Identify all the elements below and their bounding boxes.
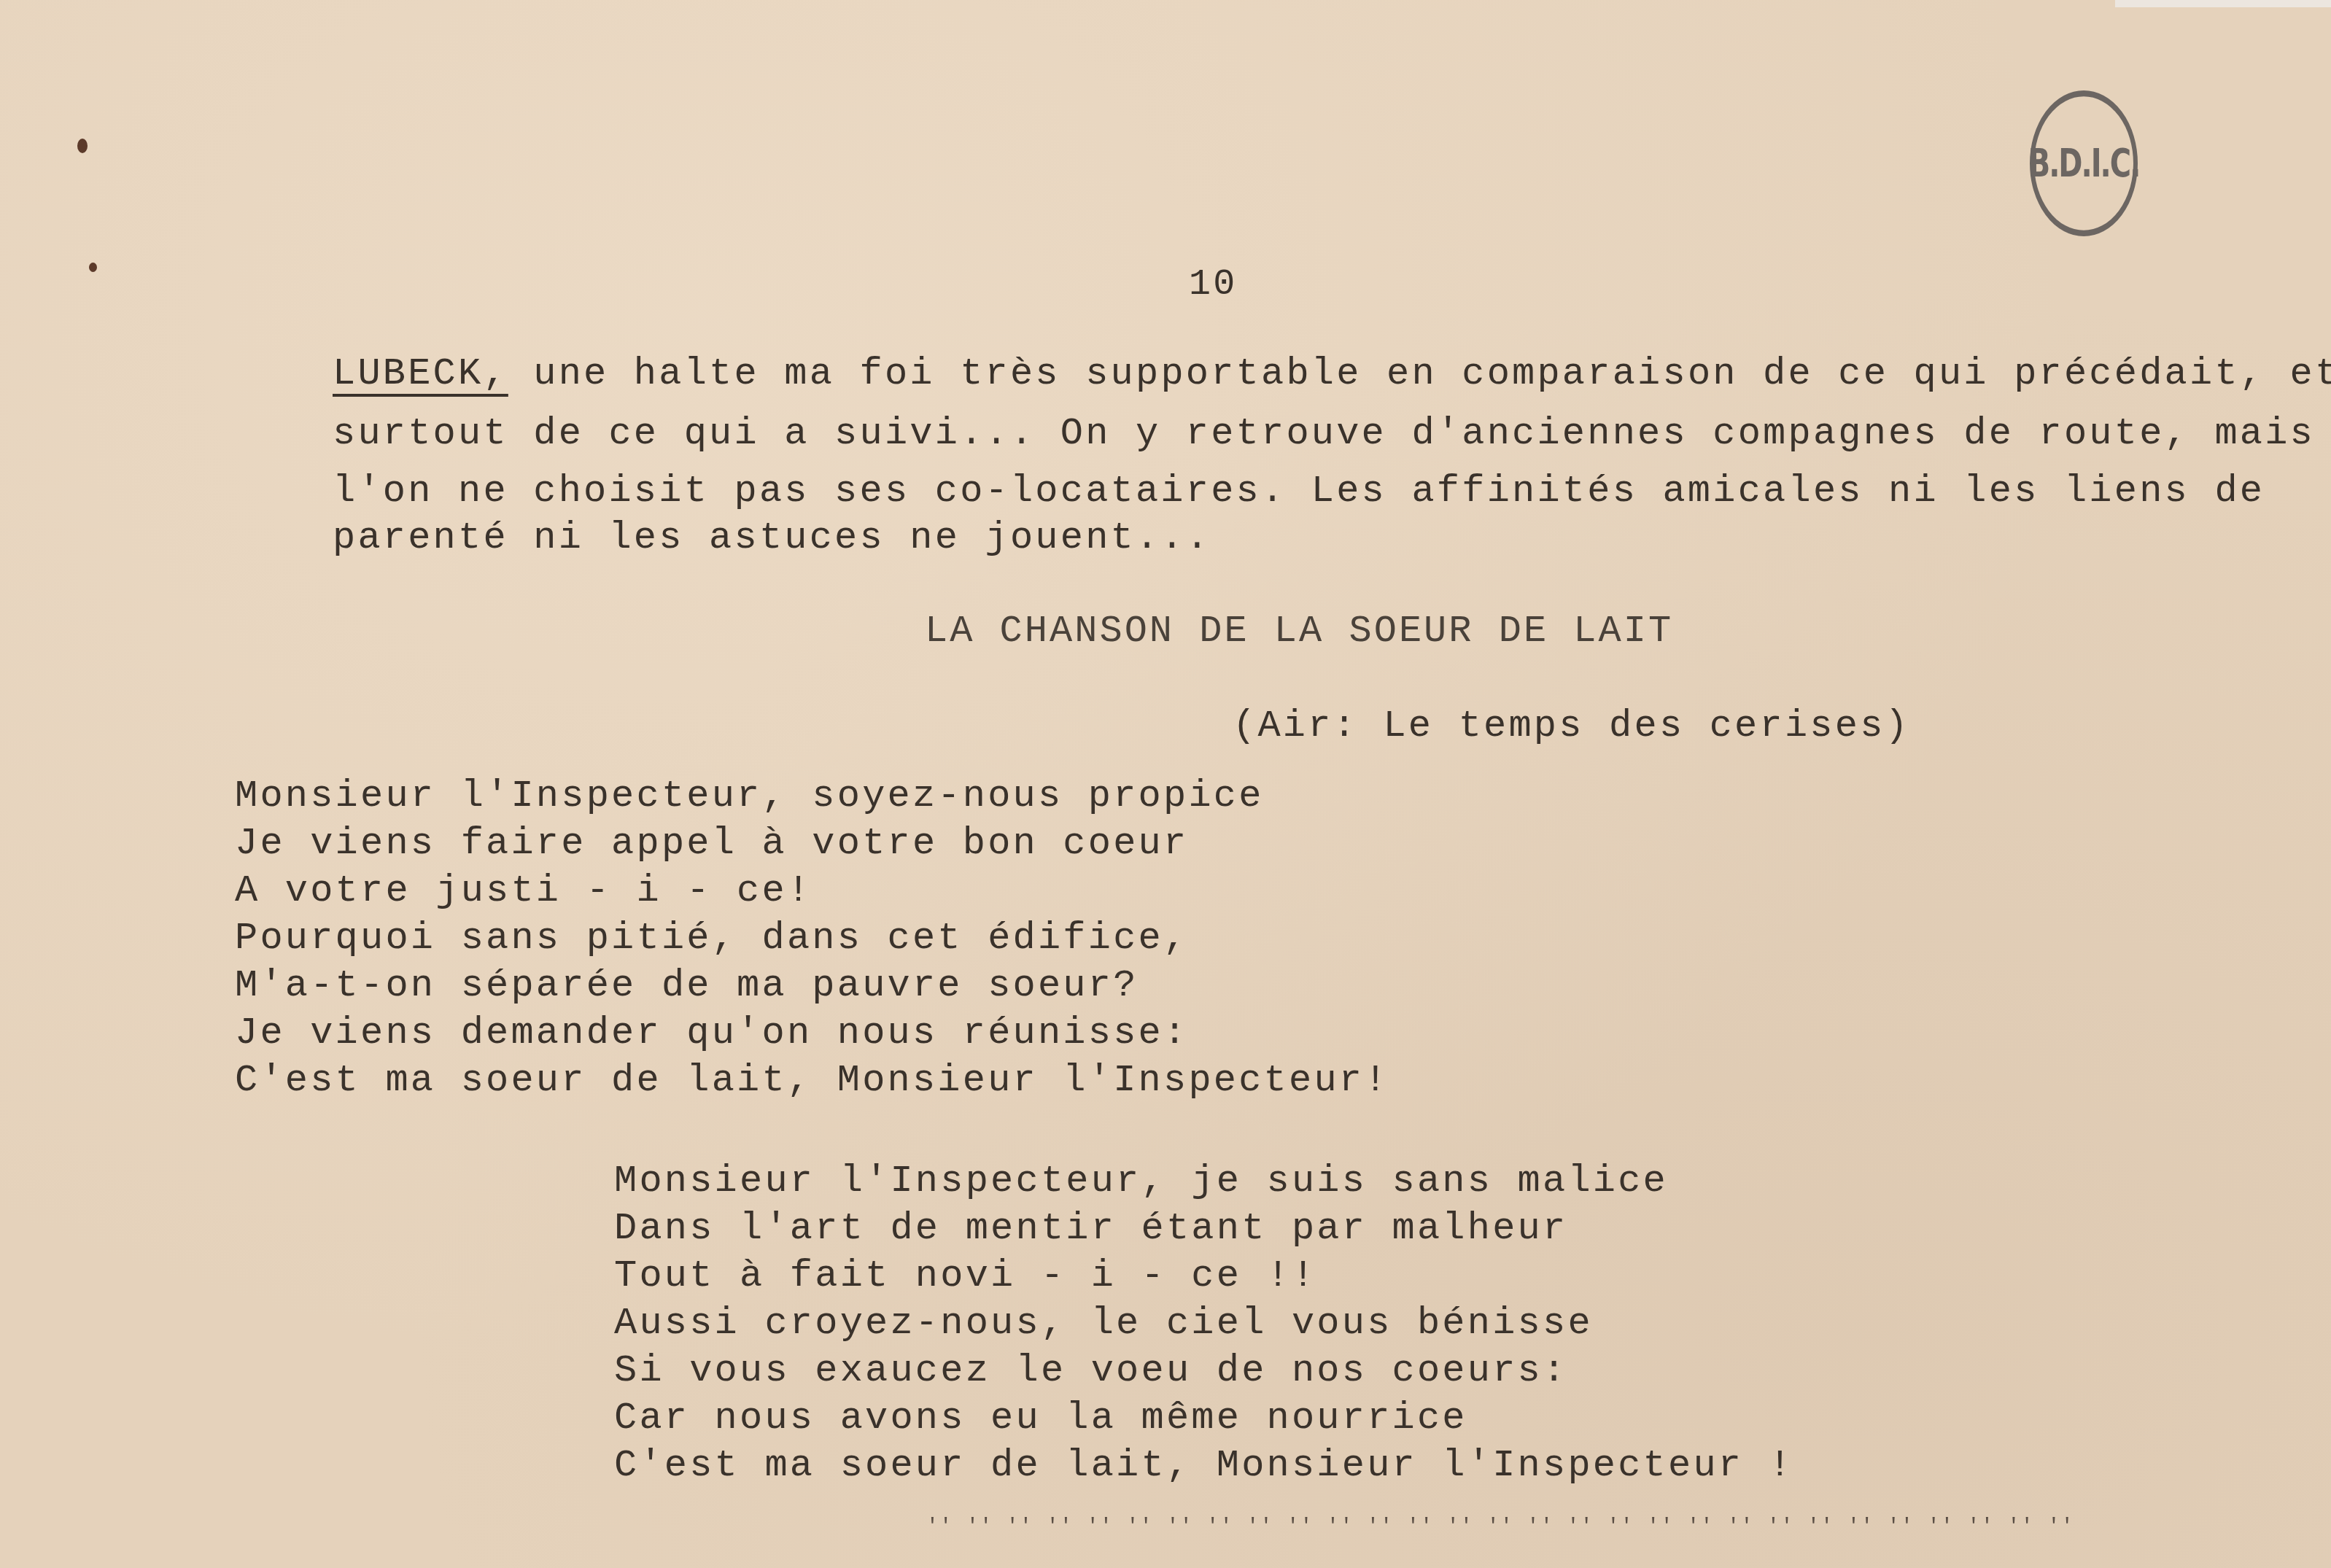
bdic-stamp: B.D.I.C. <box>2030 90 2138 236</box>
song-air: (Air: Le temps des cerises) <box>1233 707 1910 745</box>
intro-line-3: l'on ne choisit pas ses co-locataires. L… <box>333 473 2265 511</box>
verse-line: Pourquoi sans pitié, dans cet édifice, <box>235 920 1188 958</box>
page-edge <box>2115 0 2331 7</box>
intro-line-2: surtout de ce qui a suivi... On y retrou… <box>333 415 2315 453</box>
punch-hole-mark <box>77 139 88 153</box>
verse-line: M'a-t-on séparée de ma pauvre soeur? <box>235 967 1139 1005</box>
verse-line: C'est ma soeur de lait, Monsieur l'Inspe… <box>614 1447 1793 1485</box>
punch-hole-mark <box>89 263 97 272</box>
page-number: 10 <box>1189 267 1237 303</box>
verse-line: A votre justi - i - ce! <box>235 872 812 910</box>
verse-line: Car nous avons eu la même nourrice <box>614 1400 1467 1437</box>
verse-line: Dans l'art de mentir étant par malheur <box>614 1210 1567 1248</box>
verse-line: Aussi croyez-nous, le ciel vous bénisse <box>614 1305 1593 1343</box>
verse-line: Je viens demander qu'on nous réunisse: <box>235 1014 1188 1052</box>
separator-line: '' '' '' '' '' '' '' '' '' '' '' '' '' '… <box>926 1515 2074 1538</box>
verse-line: Je viens faire appel à votre bon coeur <box>235 825 1188 863</box>
verse-line: Si vous exaucez le voeu de nos coeurs: <box>614 1352 1567 1390</box>
typewritten-page: B.D.I.C. 10 LUBECK, une halte ma foi trè… <box>0 0 2331 1568</box>
verse-line: Monsieur l'Inspecteur, soyez-nous propic… <box>235 777 1264 815</box>
verse-line: C'est ma soeur de lait, Monsieur l'Inspe… <box>235 1062 1389 1100</box>
intro-line-1: LUBECK, une halte ma foi très supportabl… <box>333 355 2331 393</box>
song-title: LA CHANSON DE LA SOEUR DE LAIT <box>925 613 1673 651</box>
verse-line: Monsieur l'Inspecteur, je suis sans mali… <box>614 1163 1668 1200</box>
intro-line-4: parenté ni les astuces ne jouent... <box>333 519 1211 557</box>
place-name-lubeck: LUBECK, <box>333 352 508 395</box>
verse-line: Tout à fait novi - i - ce !! <box>614 1257 1316 1295</box>
